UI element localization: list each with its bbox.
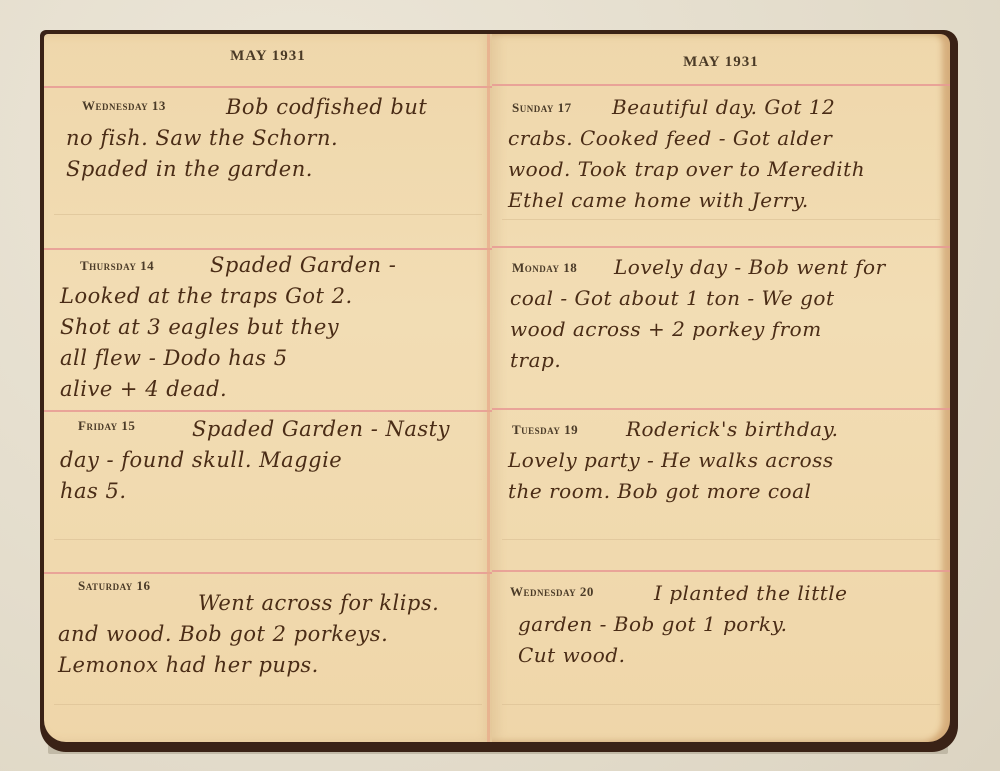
entry-text: Bob codfished but no fish. Saw the Schor… (66, 92, 427, 185)
right-page: MAY 1931 Sunday 17 Beautiful day. Got 12… (492, 34, 950, 742)
book-spine (487, 34, 490, 742)
entry-text: Roderick's birthday. Lovely party - He w… (508, 414, 839, 507)
ruled-line (492, 570, 950, 572)
ruled-line (44, 410, 492, 412)
ruled-line (492, 84, 950, 86)
entry-text: Lovely day - Bob went for coal - Got abo… (510, 252, 886, 376)
faint-line (502, 219, 940, 220)
entry-text: Spaded Garden - Nasty day - found skull.… (60, 414, 450, 507)
faint-line (54, 704, 482, 705)
faint-line (54, 214, 482, 215)
ruled-line (492, 408, 950, 410)
entry-text: Went across for klips. and wood. Bob got… (58, 588, 439, 681)
ruled-line (44, 572, 492, 574)
diary-book: MAY 1931 Wednesday 13 Bob codfished but … (40, 30, 958, 756)
faint-line (54, 539, 482, 540)
entry-text: I planted the little garden - Bob got 1 … (518, 578, 848, 671)
ruled-line (44, 86, 492, 88)
ruled-line (492, 246, 950, 248)
entry-text: Beautiful day. Got 12 crabs. Cooked feed… (508, 92, 865, 216)
right-page-header: MAY 1931 (492, 54, 950, 71)
left-page-header: MAY 1931 (44, 48, 492, 65)
faint-line (502, 704, 940, 705)
left-page: MAY 1931 Wednesday 13 Bob codfished but … (44, 34, 492, 742)
faint-line (502, 539, 940, 540)
entry-text: Spaded Garden - Looked at the traps Got … (60, 250, 396, 405)
